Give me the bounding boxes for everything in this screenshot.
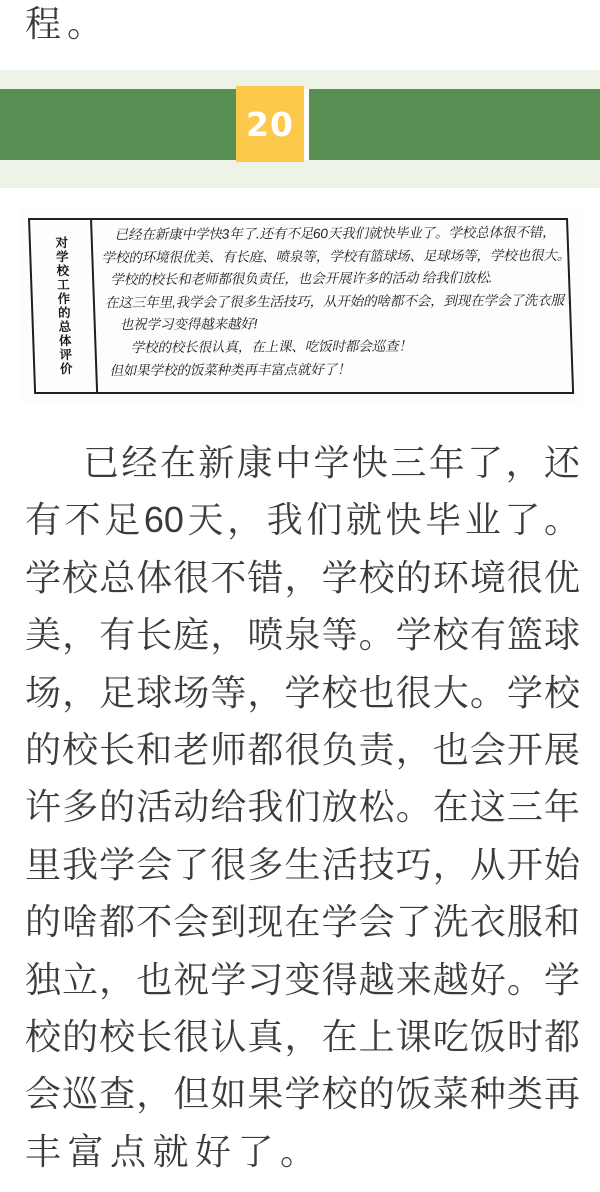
handwriting-line: 也祝学习变得越来越好!: [103, 312, 568, 337]
page-number-badge: 20: [236, 86, 304, 162]
banner-white-divider: [304, 89, 309, 160]
handwriting-line: 但如果学校的饭菜种类再丰富点就好了！: [105, 357, 570, 382]
handwriting-line: 学校的校长很认真，在上课、吃饭时都会巡查！: [104, 335, 569, 360]
transcript-line: 独立，也祝学习变得越来越好。学: [25, 951, 580, 1008]
transcript-line: 的啥都不会到现在学会了洗衣服和: [25, 893, 580, 950]
transcript-line: 有不足60天，我们就快毕业了。: [25, 491, 580, 548]
banner-light-strip-bottom: [0, 160, 600, 188]
questionnaire-label-cell: 对学校工作的总体评价: [30, 220, 98, 392]
transcript-line: 场，足球场等，学校也很大。学校: [25, 664, 580, 721]
handwriting-line: 已经在新康中学快3年了.还有不足60天我们就快毕业了。学校总体很不错，: [100, 222, 565, 247]
handwriting-line: 在这三年里,我学会了很多生活技巧，从开始的啥都不会，到现在学会了洗衣服 和独立.: [103, 290, 568, 315]
transcript-line: 许多的活动给我们放松。在这三年: [25, 778, 580, 835]
transcript-line: 的校长和老师都很负责，也会开展: [25, 721, 580, 778]
transcript-line: 已经在新康中学快三年了，还: [25, 434, 580, 491]
questionnaire-vertical-label: 对学校工作的总体评价: [52, 236, 75, 376]
questionnaire-table-cell: 对学校工作的总体评价 已经在新康中学快3年了.还有不足60天我们就快毕业了。学校…: [28, 218, 574, 394]
handwritten-answer-area: 已经在新康中学快3年了.还有不足60天我们就快毕业了。学校总体很不错， 学校的环…: [94, 220, 572, 392]
previous-paragraph-tail: 程。: [25, 2, 109, 46]
handwriting-line: 学校的环境很优美、有长庭、喷泉等，学校有篮球场、足球场等，学校也很大。: [101, 244, 566, 269]
transcript-line: 会巡查，但如果学校的饭菜种类再: [25, 1065, 580, 1122]
page-number: 20: [246, 105, 294, 144]
transcript-line: 美，有长庭，喷泉等。学校有篮球: [25, 606, 580, 663]
transcript-line: 学校总体很不错，学校的环境很优: [25, 549, 580, 606]
transcript-line: 校的校长很认真，在上课吃饭时都: [25, 1008, 580, 1065]
scanned-questionnaire-image: 对学校工作的总体评价 已经在新康中学快3年了.还有不足60天我们就快毕业了。学校…: [20, 210, 582, 404]
transcript-line: 里我学会了很多生活技巧，从开始: [25, 836, 580, 893]
transcription-paragraph: 已经在新康中学快三年了，还 有不足60天，我们就快毕业了。 学校总体很不错，学校…: [25, 434, 580, 1180]
transcript-line: 丰富点就好了。: [25, 1123, 580, 1180]
handwriting-line: 学校的校长和老师都很负责任，也会开展许多的活动 给我们放松.: [102, 267, 567, 292]
